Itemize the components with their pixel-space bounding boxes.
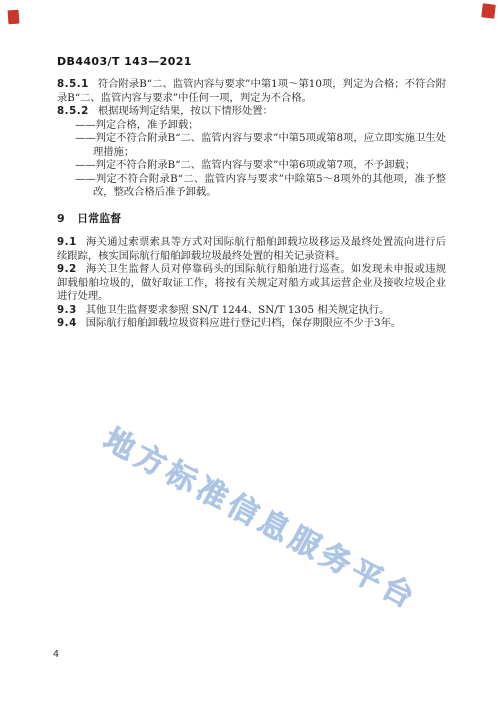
clause-text: 根据现场判定结果，按以下情形处置：	[98, 105, 273, 117]
clause-9-4: 9.4国际航行船舶卸载垃圾资料应进行登记归档，保存期限应不少于3年。	[57, 317, 446, 331]
clause-number: 8.5.1	[57, 78, 89, 90]
clause-8-5-1: 8.5.1符合附录B“二、监管内容与要求”中第1项～第10项，判定为合格；不符合…	[57, 78, 446, 105]
list-item-items-6-or-7: ——判定不符合附录B“二、监管内容与要求”中第6项或第7项，不予卸载；	[57, 159, 446, 173]
clause-text: 其他卫生监督要求参照 SN/T 1244、SN/T 1305 相关规定执行。	[86, 304, 390, 316]
clause-number: 9.1	[57, 236, 77, 248]
clause-number: 9.4	[57, 317, 77, 329]
chapter-title: 日常监督	[77, 212, 121, 225]
clause-text: 海关卫生监督人员对停靠码头的国际航行船舶进行巡查。如发现未申报或违规卸载船舶垃圾…	[57, 263, 446, 302]
clause-text: 海关通过索票索具等方式对国际航行船舶卸载垃圾移运及最终处置流向进行后续跟踪，核实…	[57, 236, 446, 262]
clause-8-5-2: 8.5.2根据现场判定结果，按以下情形处置：	[57, 105, 446, 119]
chapter-number: 9	[57, 212, 65, 225]
clause-text: 符合附录B“二、监管内容与要求”中第1项～第10项，判定为合格；不符合附录B“二…	[57, 78, 446, 104]
clause-number: 8.5.2	[57, 105, 89, 117]
document-body: 8.5.1符合附录B“二、监管内容与要求”中第1项～第10项，判定为合格；不符合…	[57, 78, 446, 331]
clause-number: 9.2	[57, 263, 77, 275]
list-item-items-5-or-8: ——判定不符合附录B“二、监管内容与要求”中第5项或第8项，应立即实施卫生处理措…	[57, 132, 446, 159]
document-page: DB4403/T 143—2021 8.5.1符合附录B“二、监管内容与要求”中…	[0, 0, 500, 707]
clause-number: 9.3	[57, 304, 77, 316]
clause-9-1: 9.1海关通过索票索具等方式对国际航行船舶卸载垃圾移运及最终处置流向进行后续跟踪…	[57, 236, 446, 263]
list-item-other-items: ——判定不符合附录B“二、监管内容与要求”中除第5～8项外的其他项，准予整改，整…	[57, 173, 446, 200]
standard-number-header: DB4403/T 143—2021	[57, 55, 192, 68]
watermark-text: 地方标准信息服务平台	[97, 415, 427, 618]
clause-9-3: 9.3其他卫生监督要求参照 SN/T 1244、SN/T 1305 相关规定执行…	[57, 304, 446, 318]
red-stamp-mark-left	[8, 10, 20, 25]
clause-9-2: 9.2海关卫生监督人员对停靠码头的国际航行船舶进行巡查。如发现未申报或违规卸载船…	[57, 263, 446, 304]
clause-text: 国际航行船舶卸载垃圾资料应进行登记归档，保存期限应不少于3年。	[86, 317, 401, 329]
red-stamp-mark-right	[481, 3, 496, 18]
list-item-judged-qualified: ——判定合格，准予卸载；	[57, 119, 446, 133]
chapter-9-heading: 9日常监督	[57, 212, 446, 226]
page-number: 4	[53, 649, 59, 660]
